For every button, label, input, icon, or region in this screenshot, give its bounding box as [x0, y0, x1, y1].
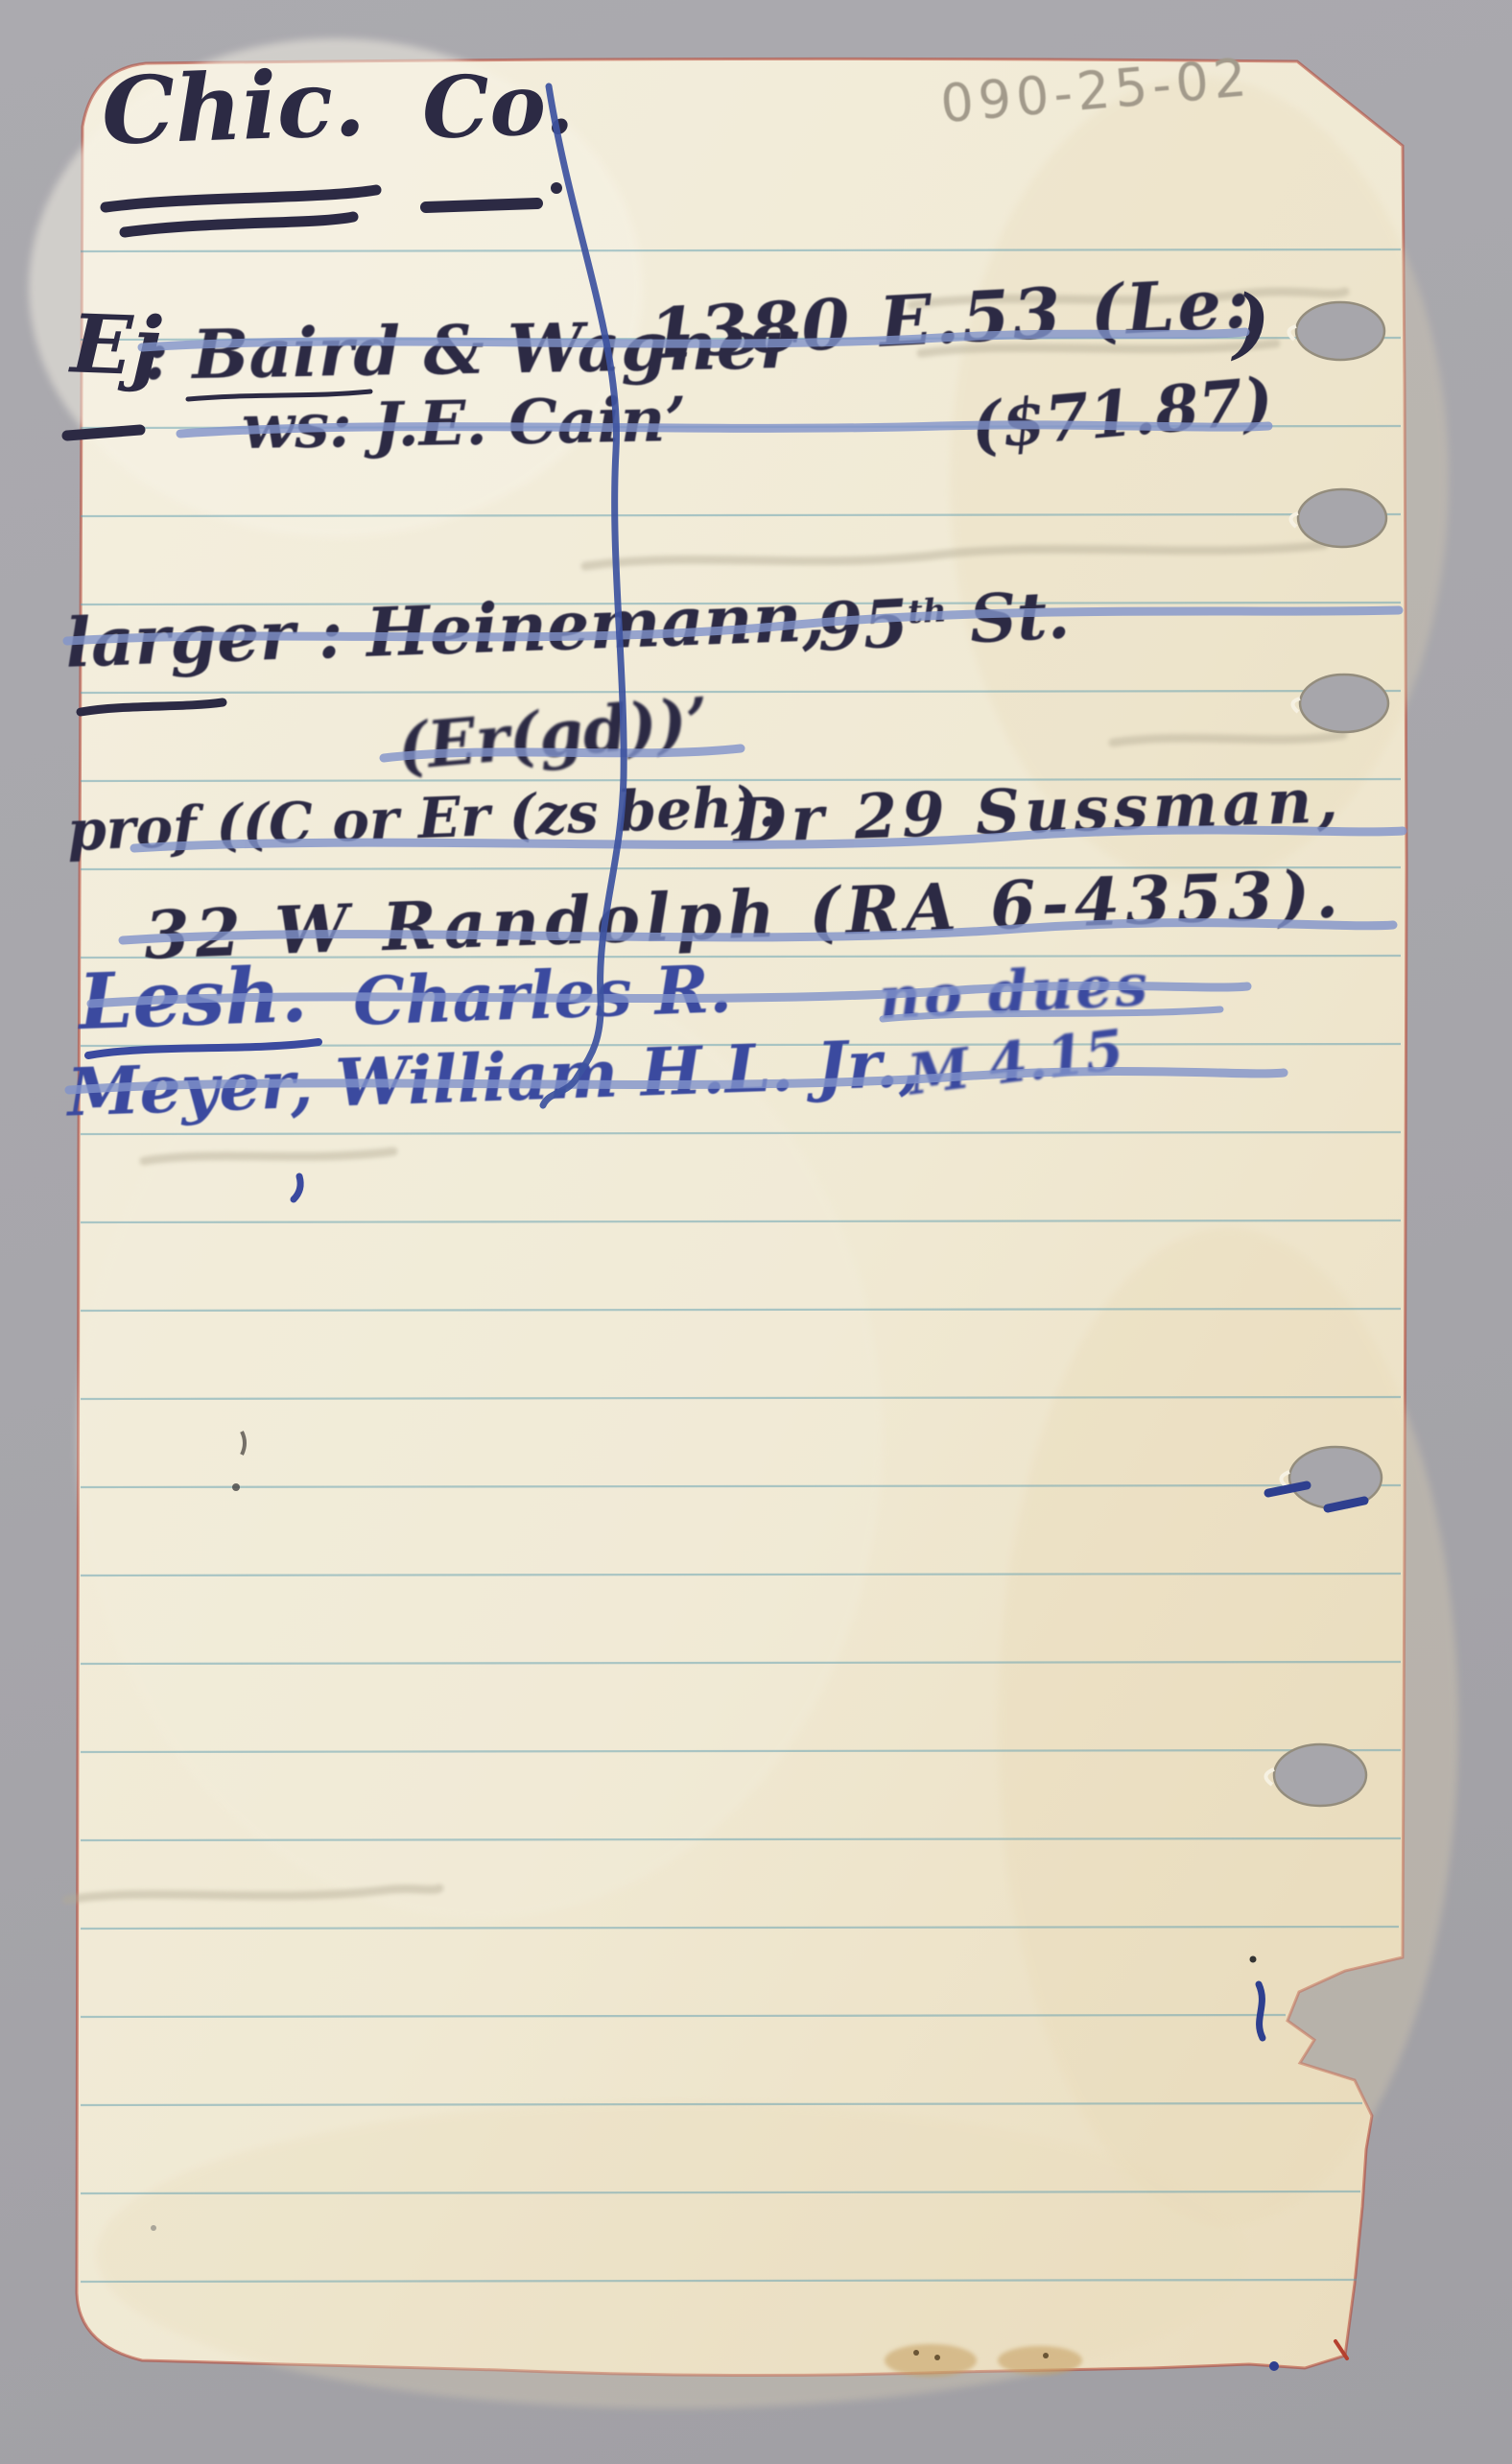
ink-strokes-overlay — [0, 0, 1512, 2464]
underlines — [67, 182, 562, 1199]
scanned-notebook-page: Chic. Co. 090-25-02 Ej : Baird & Wagner … — [0, 0, 1512, 2464]
strike-throughs — [67, 332, 1403, 1090]
vertical-cross-out-line — [543, 86, 624, 1105]
